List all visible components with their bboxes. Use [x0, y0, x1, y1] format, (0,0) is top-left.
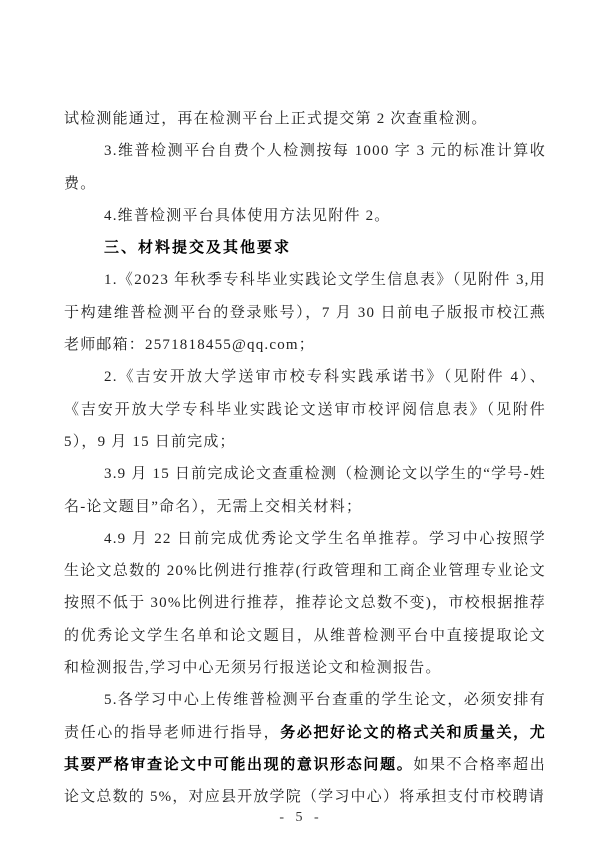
list-item-commitment-letter: 2.《吉安开放大学送审市校专科实践承诺书》（见附件 4）、《吉安开放大学专科毕业…	[64, 361, 546, 458]
list-item-plagiarism-check: 3.9 月 15 日前完成论文查重检测（检测论文以学生的“学号-姓名-论文题目”…	[64, 458, 546, 523]
list-item-student-info-table: 1.《2023 年秋季专科毕业实践论文学生信息表》（见附件 3,用于构建维普检测…	[64, 264, 546, 361]
list-item-excellent-thesis-recommendation: 4.9 月 22 日前完成优秀论文学生名单推荐。学习中心按照学生论文总数的 20…	[64, 523, 546, 684]
page-number: - 5 -	[0, 810, 602, 826]
list-item-platform-usage: 4.维普检测平台具体使用方法见附件 2。	[64, 200, 546, 232]
document-page: 试检测能通过，再在检测平台上正式提交第 2 次查重检测。 3.维普检测平台自费个…	[0, 0, 602, 856]
list-item-guidance-requirement: 5.各学习中心上传维普检测平台查重的学生论文，必须安排有责任心的指导老师进行指导…	[64, 684, 546, 813]
list-item-detection-fee: 3.维普检测平台自费个人检测按每 1000 字 3 元的标准计算收费。	[64, 135, 546, 200]
section-heading: 三、材料提交及其他要求	[64, 232, 546, 264]
document-body: 试检测能通过，再在检测平台上正式提交第 2 次查重检测。 3.维普检测平台自费个…	[64, 103, 546, 814]
paragraph-continuation: 试检测能通过，再在检测平台上正式提交第 2 次查重检测。	[64, 103, 546, 135]
